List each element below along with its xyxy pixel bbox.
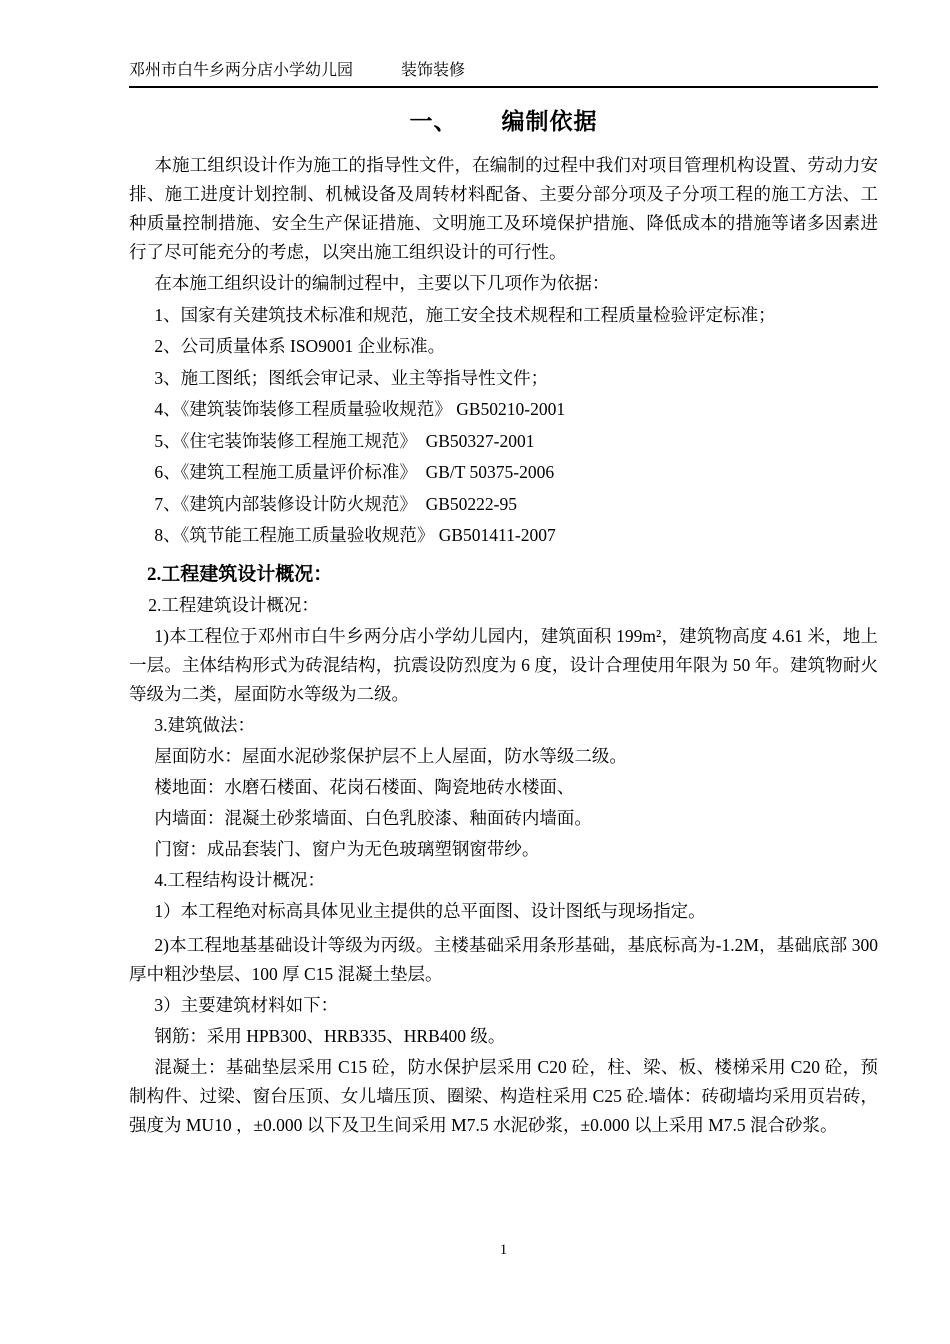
section-heading-design-overview: 2.工程建筑设计概况：: [129, 560, 878, 589]
roof-waterproofing-paragraph: 屋面防水：屋面水泥砂浆保护层不上人屋面，防水等级二级。: [129, 742, 878, 771]
basis-list-item: 3、施工图纸；图纸会审记录、业主等指导性文件；: [129, 364, 878, 393]
header-project-name: 邓州市白牛乡两分店小学幼儿园: [129, 62, 353, 79]
section-subheading-design-overview: 2.工程建筑设计概况：: [129, 591, 878, 620]
materials-lead-paragraph: 3）主要建筑材料如下：: [129, 991, 878, 1020]
header-section-name: 装饰装修: [401, 62, 465, 79]
title-number: 一、: [410, 108, 458, 134]
basis-lead-paragraph: 在本施工组织设计的编制过程中，主要以下几项作为依据：: [129, 269, 878, 298]
document-page: 邓州市白牛乡两分店小学幼儿园装饰装修 一、编制依据 本施工组织设计作为施工的指导…: [0, 0, 950, 1344]
section-heading-construction-methods: 3.建筑做法：: [129, 711, 878, 740]
elevation-paragraph: 1）本工程绝对标高具体见业主提供的总平面图、设计图纸与现场指定。: [129, 897, 878, 926]
page-number: 1: [500, 1242, 508, 1258]
document-title: 一、编制依据: [129, 104, 878, 138]
concrete-paragraph: 混凝土：基础垫层采用 C15 砼，防水保护层采用 C20 砼，柱、梁、板、楼梯采…: [129, 1053, 878, 1140]
page-footer: 1: [129, 1240, 878, 1260]
doors-windows-paragraph: 门窗：成品套装门、窗户为无色玻璃塑钢窗带纱。: [129, 835, 878, 864]
basis-list-item: 5、《住宅装饰装修工程施工规范》 GB50327-2001: [129, 427, 878, 456]
basis-list-item: 8、《筑节能工程施工质量验收规范》 GB501411-2007: [129, 521, 878, 550]
foundation-paragraph: 2)本工程地基基础设计等级为丙级。主楼基础采用条形基础，基底标高为-1.2M，基…: [129, 931, 878, 989]
page-header: 邓州市白牛乡两分店小学幼儿园装饰装修: [129, 60, 878, 88]
interior-wall-paragraph: 内墙面：混凝土砂浆墙面、白色乳胶漆、釉面砖内墙面。: [129, 804, 878, 833]
basis-list-item: 2、公司质量体系 ISO9001 企业标准。: [129, 332, 878, 361]
design-overview-paragraph: 1)本工程位于邓州市白牛乡两分店小学幼儿园内，建筑面积 199m²，建筑物高度 …: [129, 622, 878, 709]
rebar-paragraph: 钢筋：采用 HPB300、HRB335、HRB400 级。: [129, 1022, 878, 1051]
intro-paragraph: 本施工组织设计作为施工的指导性文件，在编制的过程中我们对项目管理机构设置、劳动力…: [129, 151, 878, 267]
basis-list-item: 7、《建筑内部装修设计防火规范》 GB50222-95: [129, 490, 878, 519]
section-heading-structure-overview: 4.工程结构设计概况：: [129, 866, 878, 895]
basis-list-item: 1、国家有关建筑技术标准和规范，施工安全技术规程和工程质量检验评定标准；: [129, 301, 878, 330]
document-body: 本施工组织设计作为施工的指导性文件，在编制的过程中我们对项目管理机构设置、劳动力…: [129, 149, 878, 1142]
basis-list-item: 6、《建筑工程施工质量评价标准》 GB/T 50375-2006: [129, 458, 878, 487]
flooring-paragraph: 楼地面：水磨石楼面、花岗石楼面、陶瓷地砖水楼面、: [129, 773, 878, 802]
title-text: 编制依据: [502, 108, 598, 134]
basis-list-item: 4、《建筑装饰装修工程质量验收规范》 GB50210-2001: [129, 395, 878, 424]
